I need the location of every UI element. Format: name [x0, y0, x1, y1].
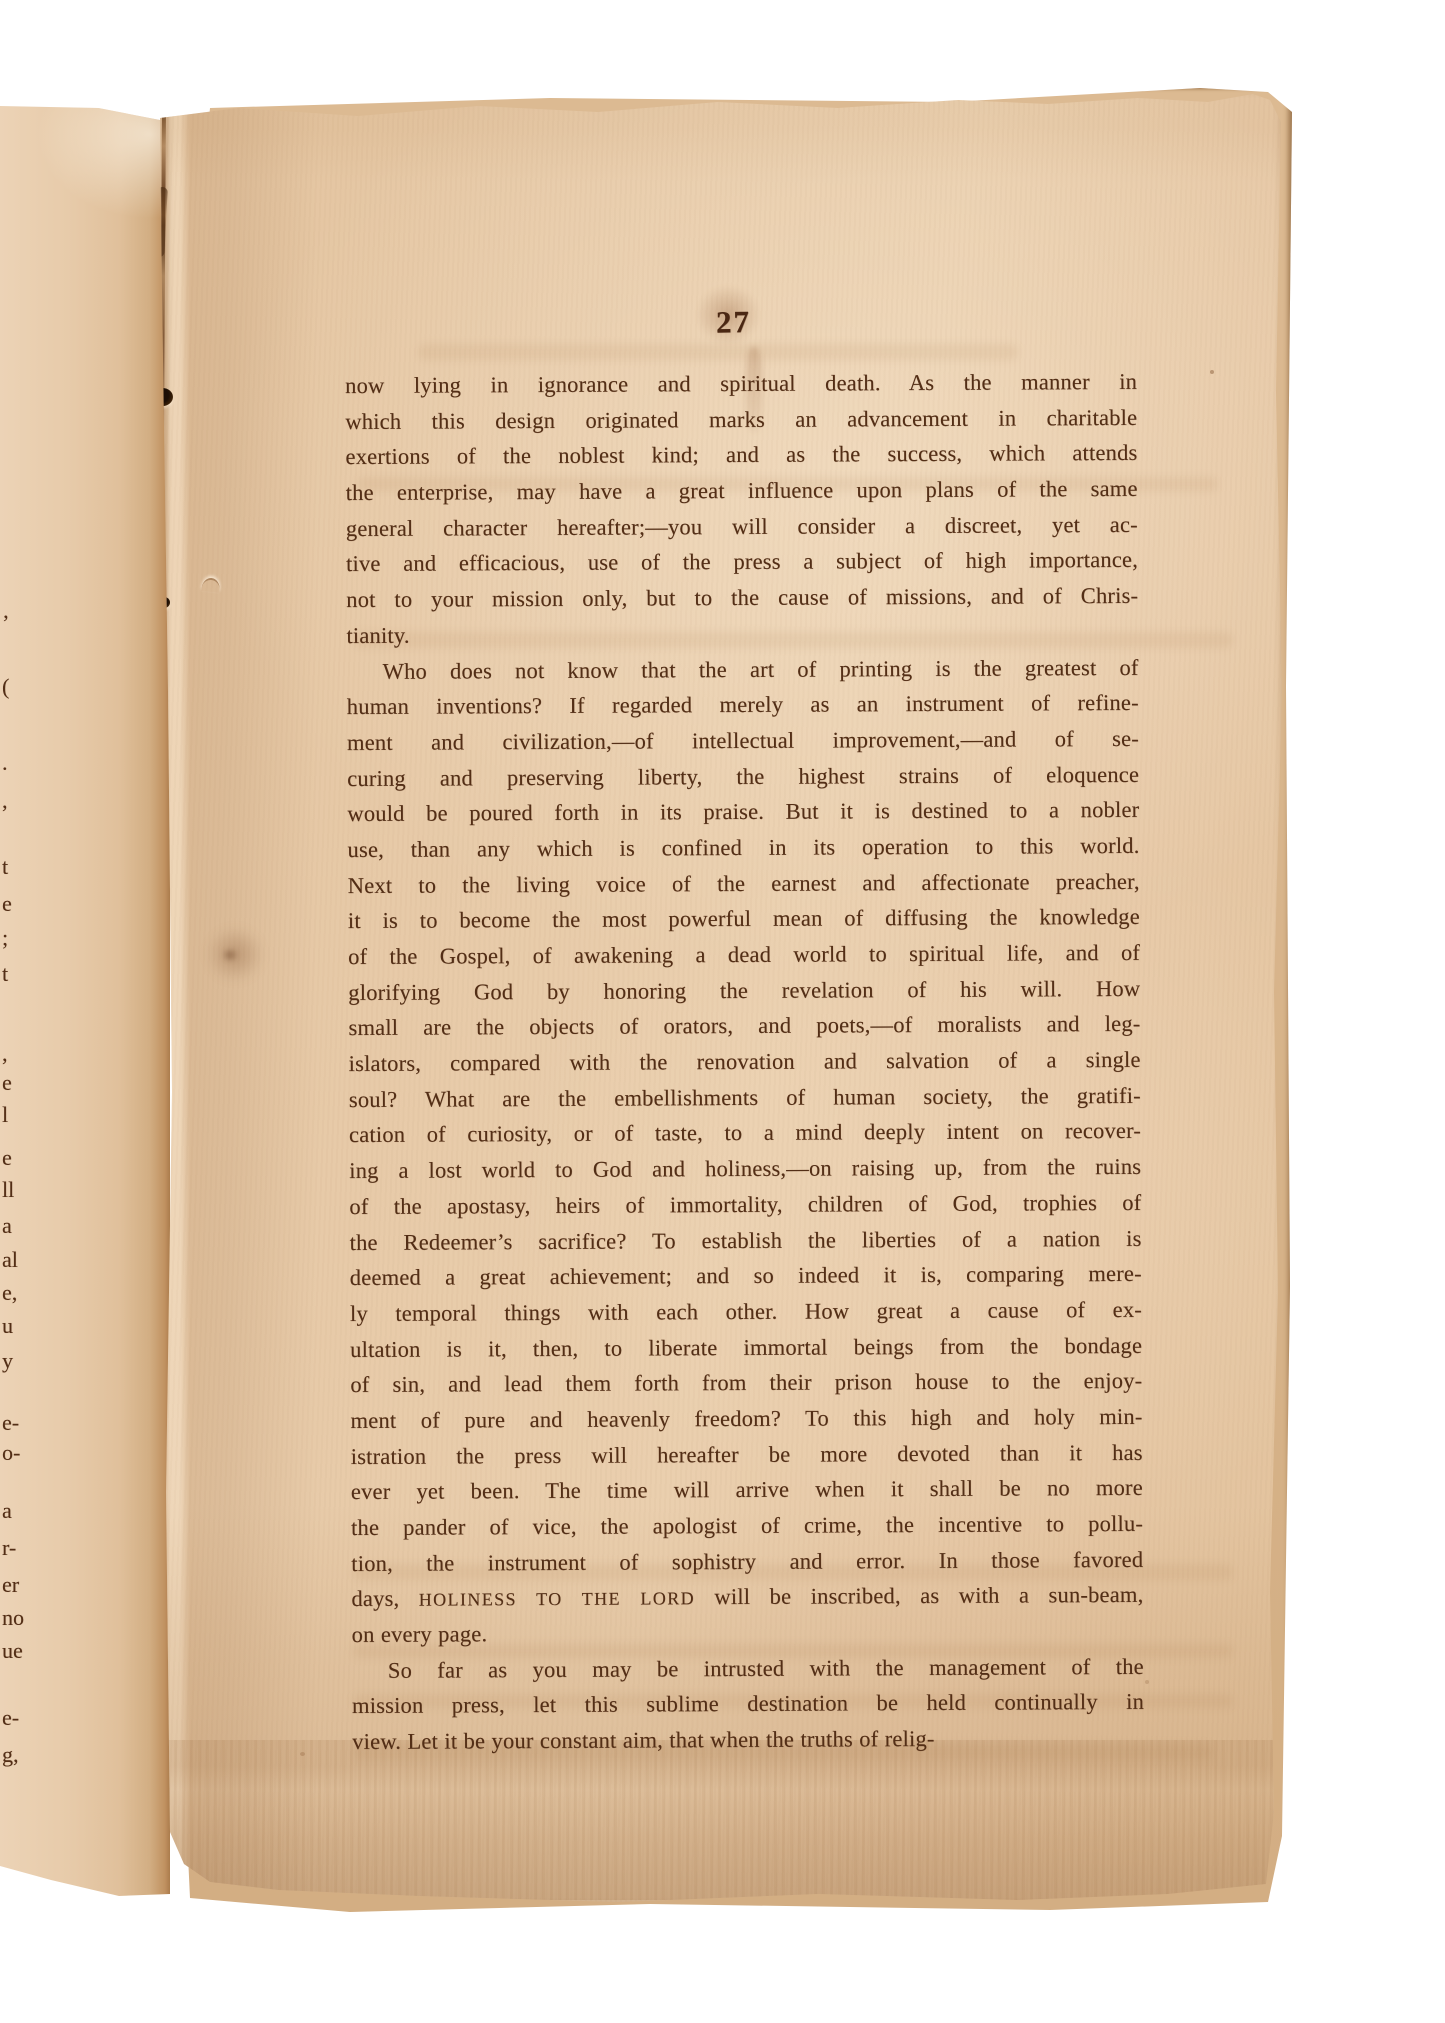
text-line: now lying in ignorance and spiritual dea…	[345, 364, 1137, 404]
left-page-text-fragment: er	[2, 1574, 19, 1596]
text-line: So far as you may be intrusted with the …	[352, 1649, 1144, 1689]
text-line: glorifying God by honoring the revelatio…	[348, 971, 1140, 1011]
left-page-text-fragment: ’	[2, 612, 9, 634]
text-line: ing a lost world to God and holiness,—on…	[349, 1149, 1141, 1189]
text-line: Next to the living voice of the earnest …	[348, 863, 1140, 903]
stitch-tear	[201, 577, 220, 593]
left-page-text-fragment: y	[2, 1350, 13, 1372]
margin-stain-core	[222, 948, 238, 962]
left-page-text-fragment: t	[2, 963, 8, 985]
text-line: deemed a great achievement; and so indee…	[350, 1256, 1142, 1296]
left-page-text-fragment: o-	[2, 1442, 20, 1464]
text-line: islators, compared with the renovation a…	[349, 1042, 1141, 1082]
left-page-edge: ’(.,te;t,elellaale,uye-o-ar-ernouee-g,	[0, 98, 170, 1910]
left-page-text-fragment: e	[2, 893, 12, 915]
left-page-text-fragments: ’(.,te;t,elellaale,uye-o-ar-ernouee-g,	[0, 98, 170, 1910]
text-line: ment of pure and heavenly freedom? To th…	[350, 1399, 1142, 1439]
text-line: of sin, and lead them forth from their p…	[350, 1363, 1142, 1403]
text-line: tianity.	[346, 614, 1138, 654]
text-line: general character hereafter;—you will co…	[346, 507, 1138, 547]
text-line: it is to become the most powerful mean o…	[348, 899, 1140, 939]
text-line: the Redeemer’s sacrifice? To establish t…	[349, 1220, 1141, 1260]
text-line: ever yet been. The time will arrive when…	[351, 1470, 1143, 1510]
text-line: Who does not know that the art of printi…	[346, 649, 1138, 689]
left-page-text-fragment: al	[2, 1249, 18, 1271]
text-line: exertions of the noblest kind; and as th…	[345, 435, 1137, 475]
left-page-text-fragment: ;	[2, 927, 8, 949]
left-page-text-fragment: l	[2, 1104, 8, 1126]
text-line: tion, the instrument of sophistry and er…	[351, 1542, 1143, 1582]
text-line: of the Gospel, of awakening a dead world…	[348, 935, 1140, 975]
text-line: human inventions? If regarded merely as …	[347, 685, 1139, 725]
text-line: view. Let it be your constant aim, that …	[352, 1720, 1144, 1760]
text-line: ultation is it, then, to liberate immort…	[350, 1327, 1142, 1367]
book-page: 27 now lying in ignorance and spiritual …	[118, 92, 1286, 1904]
left-page-text-fragment: e,	[2, 1282, 17, 1304]
paper-speck	[1210, 370, 1214, 374]
text-line: which this design originated marks an ad…	[345, 400, 1137, 440]
left-page-text-fragment: a	[2, 1500, 12, 1522]
text-block: now lying in ignorance and spiritual dea…	[345, 364, 1144, 1760]
text-line: soul? What are the embellishments of hum…	[349, 1078, 1141, 1118]
photo-stage: ’(.,te;t,elellaale,uye-o-ar-ernouee-g, 2…	[0, 0, 1445, 2023]
text-line: ment and civilization,—of intellectual i…	[347, 721, 1139, 761]
text-line: days, HOLINESS TO THE LORD will be inscr…	[351, 1577, 1143, 1617]
text-line: use, than any which is confined in its o…	[347, 828, 1139, 868]
text-line: ly temporal things with each other. How …	[350, 1292, 1142, 1332]
text-line: cation of curiosity, or of taste, to a m…	[349, 1113, 1141, 1153]
text-line: istration the press will hereafter be mo…	[351, 1434, 1143, 1474]
left-page-text-fragment: a	[2, 1215, 12, 1237]
show-through-band	[418, 344, 1018, 360]
paper-grain-band	[158, 1740, 1278, 1900]
left-page-text-fragment: e	[2, 1072, 12, 1094]
left-page-text-fragment: t	[2, 856, 8, 878]
text-line: not to your mission only, but to the cau…	[346, 578, 1138, 618]
left-page-text-fragment: g,	[2, 1744, 19, 1766]
left-page-text-fragment: ,	[2, 790, 8, 812]
text-line: would be poured forth in its praise. But…	[347, 792, 1139, 832]
left-page-text-fragment: e-	[2, 1412, 19, 1434]
left-page-text-fragment: .	[2, 752, 8, 774]
left-page-text-fragment: ue	[2, 1640, 23, 1662]
page-number: 27	[716, 303, 787, 340]
text-line: of the apostasy, heirs of immortality, c…	[349, 1185, 1141, 1225]
text-line: mission press, let this sublime destinat…	[352, 1684, 1144, 1724]
text-line: the pander of vice, the apologist of cri…	[351, 1506, 1143, 1546]
paper-speck	[1145, 1680, 1149, 1684]
left-page-text-fragment: r-	[2, 1537, 16, 1559]
left-page-text-fragment: e-	[2, 1707, 19, 1729]
left-page-text-fragment: e	[2, 1147, 12, 1169]
left-page-text-fragment: u	[2, 1315, 13, 1337]
text-line: curing and preserving liberty, the highe…	[347, 756, 1139, 796]
left-page-text-fragment: (	[2, 676, 9, 698]
text-line: on every page.	[352, 1613, 1144, 1653]
left-page-text-fragment: ll	[2, 1179, 14, 1201]
left-page-text-fragment: ,	[2, 1043, 8, 1065]
text-line: tive and efficacious, use of the press a…	[346, 542, 1138, 582]
text-line: small are the objects of orators, and po…	[348, 1006, 1140, 1046]
text-line: the enterprise, may have a great influen…	[346, 471, 1138, 511]
left-page-text-fragment: no	[2, 1607, 24, 1629]
